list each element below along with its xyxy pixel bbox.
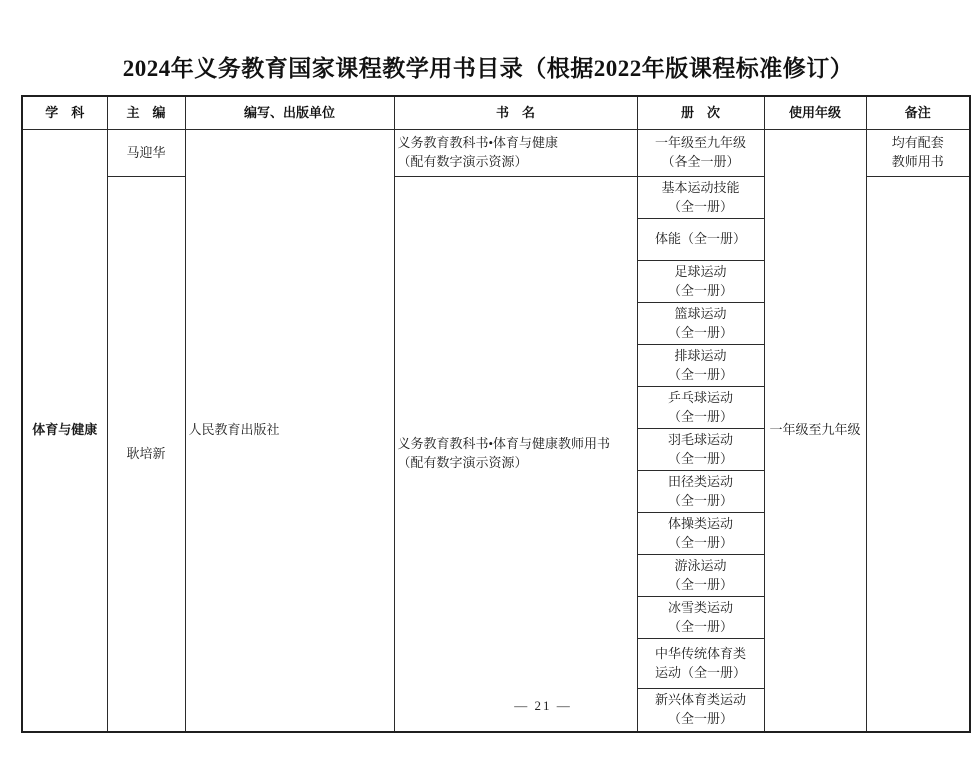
cell-editor-2: 耿培新 xyxy=(107,177,185,733)
cell-book-1: 义务教育教科书•体育与健康 （配有数字演示资源） xyxy=(394,130,637,177)
header-subject: 学 科 xyxy=(22,96,107,130)
textbook-catalog-table: 学 科 主 编 编写、出版单位 书 名 册 次 使用年级 备注 体育与健康 马迎… xyxy=(21,95,971,733)
cell-volume: 乒乓球运动 （全一册） xyxy=(637,387,764,429)
cell-volume: 足球运动 （全一册） xyxy=(637,261,764,303)
header-row: 学 科 主 编 编写、出版单位 书 名 册 次 使用年级 备注 xyxy=(22,96,970,130)
table-row: 体育与健康 马迎华 人民教育出版社 义务教育教科书•体育与健康 （配有数字演示资… xyxy=(22,130,970,177)
page-title: 2024年义务教育国家课程教学用书目录（根据2022年版课程标准修订） xyxy=(0,50,976,83)
cell-volume: 篮球运动 （全一册） xyxy=(637,303,764,345)
cell-volume: 基本运动技能 （全一册） xyxy=(637,177,764,219)
header-publisher: 编写、出版单位 xyxy=(185,96,394,130)
cell-volume: 体操类运动 （全一册） xyxy=(637,513,764,555)
document-page: 2024年义务教育国家课程教学用书目录（根据2022年版课程标准修订） 学 科 … xyxy=(0,0,976,764)
cell-volume: 田径类运动 （全一册） xyxy=(637,471,764,513)
header-book-name: 书 名 xyxy=(394,96,637,130)
cell-grade: 一年级至九年级 xyxy=(764,130,866,733)
cell-editor-1: 马迎华 xyxy=(107,130,185,177)
cell-volume: 羽毛球运动 （全一册） xyxy=(637,429,764,471)
cell-remark-2 xyxy=(866,177,970,733)
cell-publisher: 人民教育出版社 xyxy=(185,130,394,733)
page-number: — 21 — xyxy=(514,698,572,714)
cell-volume: 新兴体育类运动 （全一册） xyxy=(637,689,764,733)
header-volume: 册 次 xyxy=(637,96,764,130)
cell-remark-1: 均有配套 教师用书 xyxy=(866,130,970,177)
cell-book-2: 义务教育教科书•体育与健康教师用书 （配有数字演示资源） xyxy=(394,177,637,733)
cell-volume: 冰雪类运动 （全一册） xyxy=(637,597,764,639)
cell-volume: 体能（全一册） xyxy=(637,219,764,261)
header-chief-editor: 主 编 xyxy=(107,96,185,130)
header-remark: 备注 xyxy=(866,96,970,130)
header-grade: 使用年级 xyxy=(764,96,866,130)
cell-volume: 中华传统体育类 运动（全一册） xyxy=(637,639,764,689)
cell-volume: 一年级至九年级 （各全一册） xyxy=(637,130,764,177)
cell-volume: 排球运动 （全一册） xyxy=(637,345,764,387)
cell-subject: 体育与健康 xyxy=(22,130,107,733)
cell-volume: 游泳运动 （全一册） xyxy=(637,555,764,597)
